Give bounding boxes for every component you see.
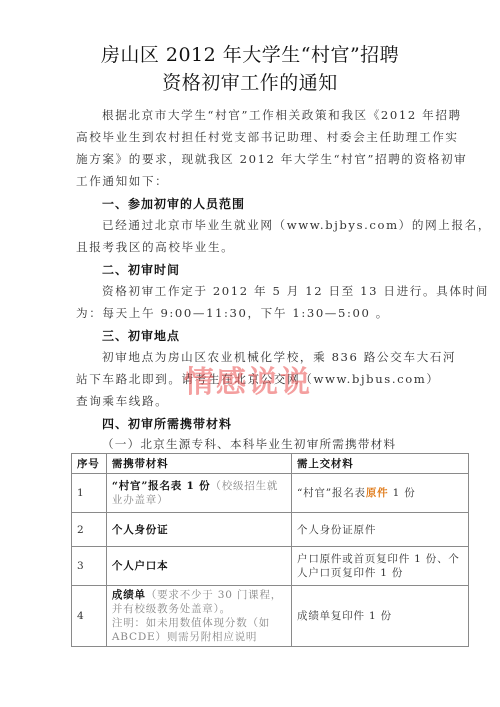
carry-item: 个人身份证 [112, 524, 169, 536]
cell-no: 3 [72, 547, 107, 586]
table-row: 2 个人身份证 个人身份证原件 [72, 513, 469, 547]
carry-item: 个人户口本 [112, 560, 169, 572]
section-3-heading: 三、初审地点 [102, 327, 180, 344]
document-title-line2: 资格初审工作的通知 [0, 68, 500, 95]
document-page: 房山区 2012 年大学生“村官”招聘 资格初审工作的通知 根据北京市大学生“村… [0, 0, 500, 707]
section-4-subheading: （一）北京生源专科、本科毕业生初审所需携带材料 [102, 436, 396, 452]
section-2-heading: 二、初审时间 [102, 261, 180, 278]
submit-pre: “村官”报名表 [297, 487, 366, 499]
section-1-heading: 一、参加初审的人员范围 [102, 195, 245, 212]
intro-line-4: 工作通知如下： [76, 173, 168, 189]
cell-submit: 个人身份证原件 [292, 513, 469, 547]
intro-line-3: 施方案》的要求，现就我区 2012 年大学生“村官”招聘的资格初审 [76, 151, 467, 167]
section-3-line-2: 站下车路北即到。请考生在北京公交网（www.bjbus.com） [76, 371, 440, 387]
materials-table: 序号 需携带材料 需上交材料 1 “村官”报名表 1 份（校级招生就业办盖章） … [71, 453, 469, 647]
header-carry: 需携带材料 [106, 454, 291, 474]
intro-line-2: 高校毕业生到农村担任村党支部书记助理、村委会主任助理工作实 [76, 129, 459, 145]
table-row: 4 成绩单（要求不少于 30 门课程，并有校级教务处盖章）。 注明：如未用数值体… [72, 586, 469, 647]
header-submit: 需上交材料 [292, 454, 469, 474]
cell-submit: 户口原件或首页复印件 1 份、个人户口页复印件 1 份 [292, 547, 469, 586]
cell-no: 1 [72, 474, 107, 513]
table-row: 1 “村官”报名表 1 份（校级招生就业办盖章） “村官”报名表原件 1 份 [72, 474, 469, 513]
submit-highlight: 原件 [366, 487, 389, 499]
cell-submit: 成绩单复印件 1 份 [292, 586, 469, 647]
section-2-line-1: 资格初审工作定于 2012 年 5 月 12 日至 13 日进行。具体时间 [102, 283, 489, 299]
section-3-line-1: 初审地点为房山区农业机械化学校，乘 836 路公交车大石河 [102, 349, 456, 365]
carry-item: 成绩单 [112, 589, 146, 601]
table-header-row: 序号 需携带材料 需上交材料 [72, 454, 469, 474]
document-title-line1: 房山区 2012 年大学生“村官”招聘 [0, 40, 500, 67]
intro-line-1: 根据北京市大学生“村官”工作相关政策和我区《2012 年招聘 [102, 107, 462, 123]
cell-carry: 个人身份证 [106, 513, 291, 547]
cell-carry: “村官”报名表 1 份（校级招生就业办盖章） [106, 474, 291, 513]
cell-carry: 个人户口本 [106, 547, 291, 586]
section-1-line-1: 已经通过北京市毕业生就业网（www.bjbys.com）的网上报名， [102, 217, 491, 233]
section-2-line-2: 为：每天上午 9:00—11:30，下午 1:30—5:00 。 [76, 305, 389, 321]
carry-item: “村官”报名表 1 份 [112, 480, 211, 492]
cell-carry: 成绩单（要求不少于 30 门课程，并有校级教务处盖章）。 注明：如未用数值体现分… [106, 586, 291, 647]
cell-no: 4 [72, 586, 107, 647]
section-1-line-2: 且报考我区的高校毕业生。 [76, 239, 234, 255]
cell-submit: “村官”报名表原件 1 份 [292, 474, 469, 513]
section-3-line-3: 查询乘车线路。 [76, 393, 168, 409]
table-row: 3 个人户口本 户口原件或首页复印件 1 份、个人户口页复印件 1 份 [72, 547, 469, 586]
cell-no: 2 [72, 513, 107, 547]
header-no: 序号 [72, 454, 107, 474]
section-4-heading: 四、初审所需携带材料 [102, 415, 232, 432]
carry-note-2: 注明：如未用数值体现分数（如 ABCDE）则需另附相应说明 [112, 617, 270, 643]
submit-post: 1 份 [388, 487, 415, 499]
